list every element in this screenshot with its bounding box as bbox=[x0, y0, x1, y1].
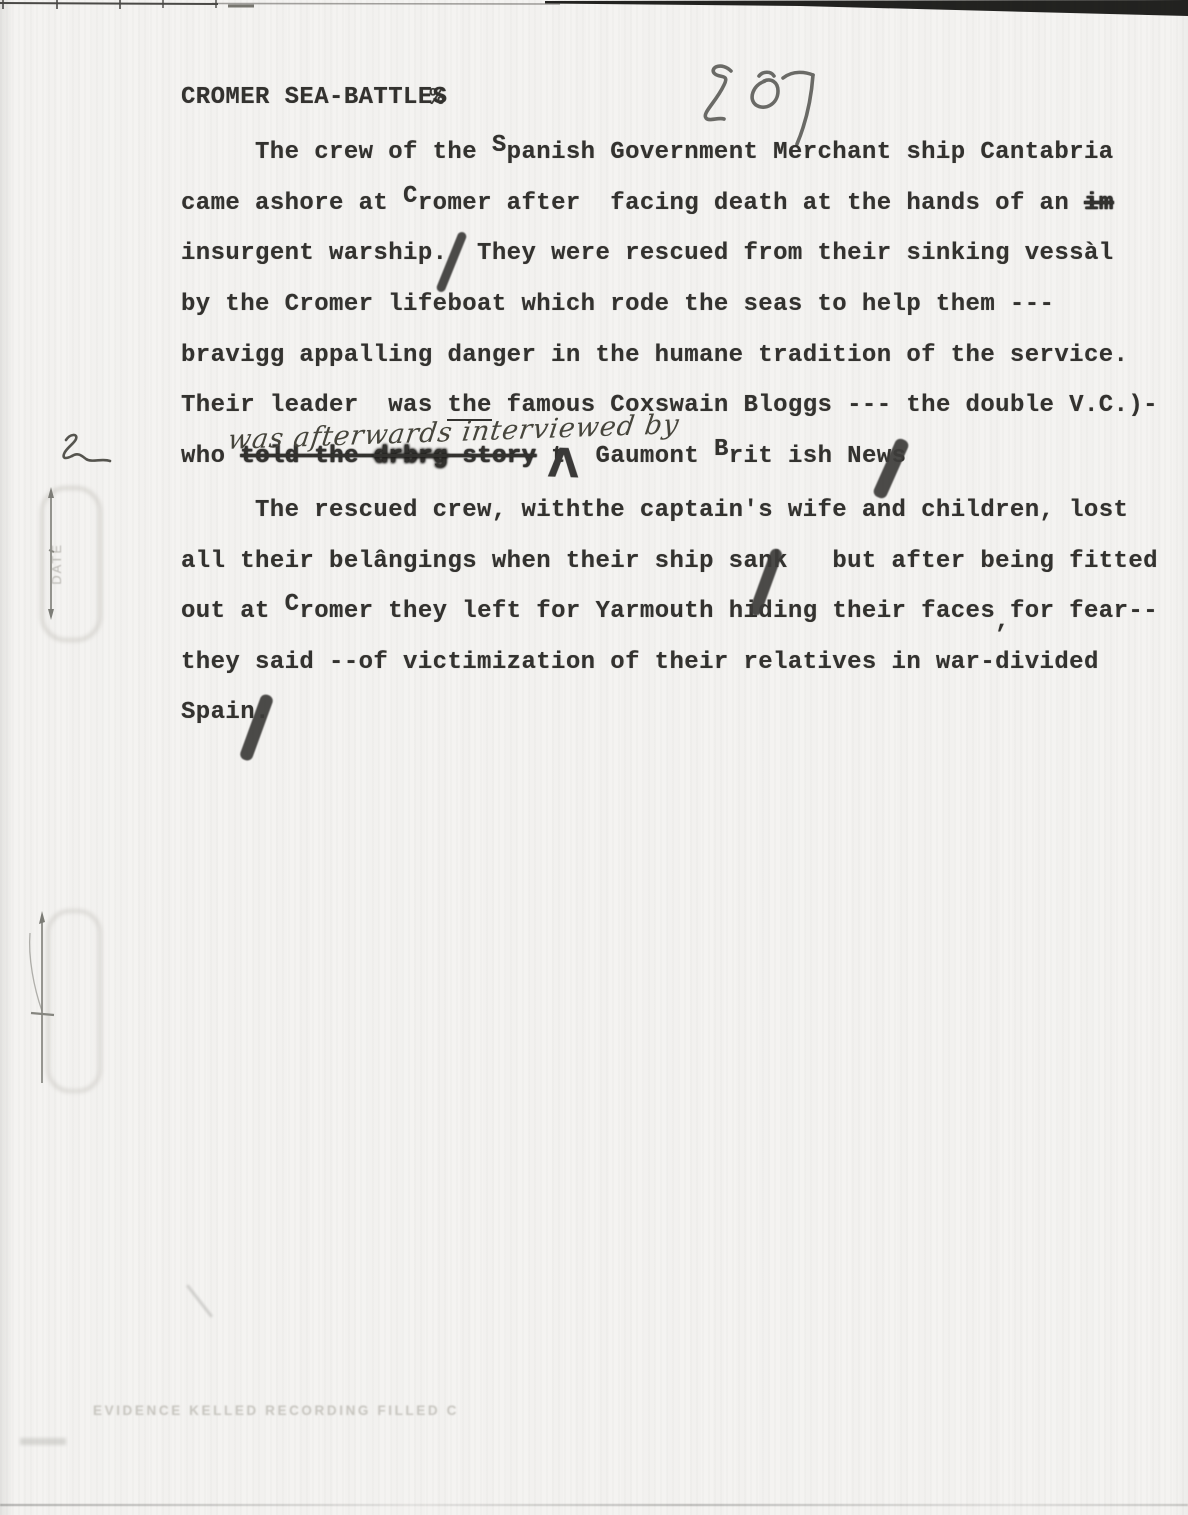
scan-bottom-edge bbox=[0, 1504, 1188, 1506]
typewritten-text: CROMER SEA-BATTLES% The crew of the Span… bbox=[0, 0, 1188, 1515]
overstruck-character: S% bbox=[433, 84, 448, 111]
p1-line3: insurgent warship. They were rescued fro… bbox=[181, 240, 1114, 267]
p1-line1: The crew of the Spanish Government Merch… bbox=[255, 139, 1114, 166]
p1-line2: came ashore at Cromer after facing death… bbox=[181, 190, 1114, 217]
handwritten-comma: , bbox=[995, 608, 1010, 635]
paperclip-impression-2 bbox=[18, 903, 113, 1103]
illegible-stamp-text: EVIDENCE KELLED RECORDING FILLED C bbox=[93, 1403, 459, 1418]
margin-scribble bbox=[52, 430, 122, 480]
struck-typo: im bbox=[1084, 190, 1114, 217]
caret-mark: Λ bbox=[547, 440, 580, 487]
p1-line5: bravigg appalling danger in the humane t… bbox=[181, 342, 1128, 369]
date-stamp-label: DATE bbox=[49, 543, 64, 585]
p2-line1: The rescued crew, withthe captain's wife… bbox=[255, 497, 1128, 524]
p2-line4: they said --of victimization of their re… bbox=[181, 649, 1099, 676]
document-title: CROMER SEA-BATTLES% bbox=[181, 84, 447, 111]
handwritten-insertion: was afterwards interviewed by bbox=[228, 417, 679, 448]
paperclip-impression-1 bbox=[28, 480, 138, 650]
edge-smudge bbox=[20, 1438, 66, 1445]
scanned-typescript-page: CROMER SEA-BATTLES% The crew of the Span… bbox=[0, 0, 1188, 1515]
p1-line4: by the Cromer lifeboat which rode the se… bbox=[181, 291, 1054, 318]
p2-line2: all their belângings when their ship san… bbox=[181, 548, 1158, 575]
p2-line3: out at Cromer they left for Yarmouth hid… bbox=[181, 598, 1158, 625]
